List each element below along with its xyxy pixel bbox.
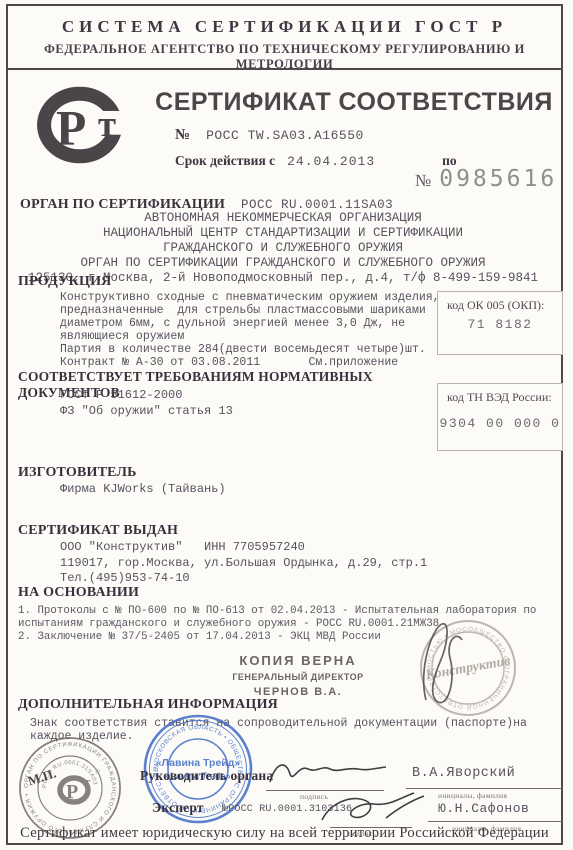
svg-text:Р: Р: [56, 100, 86, 155]
agency-title: ФЕДЕРАЛЬНОЕ АГЕНТСТВО ПО ТЕХНИЧЕСКОМУ РЕ…: [6, 42, 563, 72]
head-name: В.А.Яворский: [412, 766, 515, 781]
manufacturer-label: ИЗГОТОВИТЕЛЬ: [18, 465, 137, 481]
head-role-label: Руководитель органа: [140, 768, 273, 784]
tnved-code-box: код ТН ВЭД России: 9304 00 000 0: [437, 383, 563, 451]
okp-label: код ОК 005 (ОКП):: [447, 298, 562, 313]
certificate-number-row: № РОСС TW.SA03.A16550: [175, 127, 364, 144]
issued-to-text: ООО "Конструктив" ИНН 7705957240 119017,…: [60, 540, 427, 587]
validity-label: Срок действия с: [175, 153, 275, 169]
holder-round-seal: ОБЩЕСТВО С ОГРАНИЧЕННОЙ ОТВЕТСТВЕННОСТЬЮ…: [398, 610, 530, 732]
product-text: Конструктивно сходные с пневматическим о…: [60, 292, 440, 369]
svg-text:Р: Р: [66, 781, 78, 803]
document-title: СЕРТИФИКАТ СООТВЕТСТВИЯ: [145, 88, 563, 117]
head-name-caption: инициалы, фамилия: [438, 791, 507, 800]
conformity-text: ГОСТ Р 51612-2000 ФЗ "Об оружии" статья …: [60, 387, 233, 419]
basis-label: НА ОСНОВАНИИ: [18, 585, 139, 601]
legal-validity-line: Сертификат имеет юридическую силу на все…: [6, 825, 563, 842]
okp-code-box: код ОК 005 (ОКП): 71 8182: [437, 291, 563, 355]
form-no-value: 0985616: [439, 166, 557, 192]
svg-text:☆: ☆: [94, 767, 101, 776]
header: СИСТЕМА СЕРТИФИКАЦИИ ГОСТ Р ФЕДЕРАЛЬНОЕ …: [6, 4, 563, 70]
rst-logo-icon: Р т: [30, 84, 138, 166]
certification-body-code: РОСС RU.0001.11SA03: [241, 198, 393, 212]
copy-stamp-line1: КОПИЯ ВЕРНА: [228, 653, 368, 668]
head-signature: [266, 756, 392, 790]
tnved-value: 9304 00 000 0: [438, 416, 562, 431]
expert-role-label: Эксперт: [152, 800, 204, 816]
product-label: ПРОДУКЦИЯ: [18, 274, 111, 290]
issued-to-label: СЕРТИФИКАТ ВЫДАН: [18, 523, 178, 539]
svg-text:т: т: [98, 103, 116, 144]
form-number: № 0985616: [415, 166, 557, 192]
validity-from: 24.04.2013: [287, 154, 375, 169]
okp-value: 71 8182: [438, 317, 562, 332]
expert-name: Ю.Н.Сафонов: [438, 801, 529, 816]
expert-signature: [316, 788, 432, 830]
tnved-label: код ТН ВЭД России:: [447, 390, 562, 405]
cert-no-value: РОСС TW.SA03.A16550: [206, 128, 364, 143]
expert-name-line: [428, 821, 562, 822]
form-no-label: №: [415, 171, 431, 191]
copy-stamp-line2: ГЕНЕРАЛЬНЫЙ ДИРЕКТОР: [228, 672, 368, 682]
svg-text:т: т: [84, 774, 91, 789]
certificate-page: СИСТЕМА СЕРТИФИКАЦИИ ГОСТ Р ФЕДЕРАЛЬНОЕ …: [0, 0, 573, 850]
copy-verification-stamp: КОПИЯ ВЕРНА ГЕНЕРАЛЬНЫЙ ДИРЕКТОР ЧЕРНОВ …: [228, 653, 368, 698]
system-title: СИСТЕМА СЕРТИФИКАЦИИ ГОСТ Р: [6, 17, 563, 37]
cert-no-label: №: [175, 127, 190, 144]
manufacturer-text: Фирма KJWorks (Тайвань): [60, 482, 226, 496]
